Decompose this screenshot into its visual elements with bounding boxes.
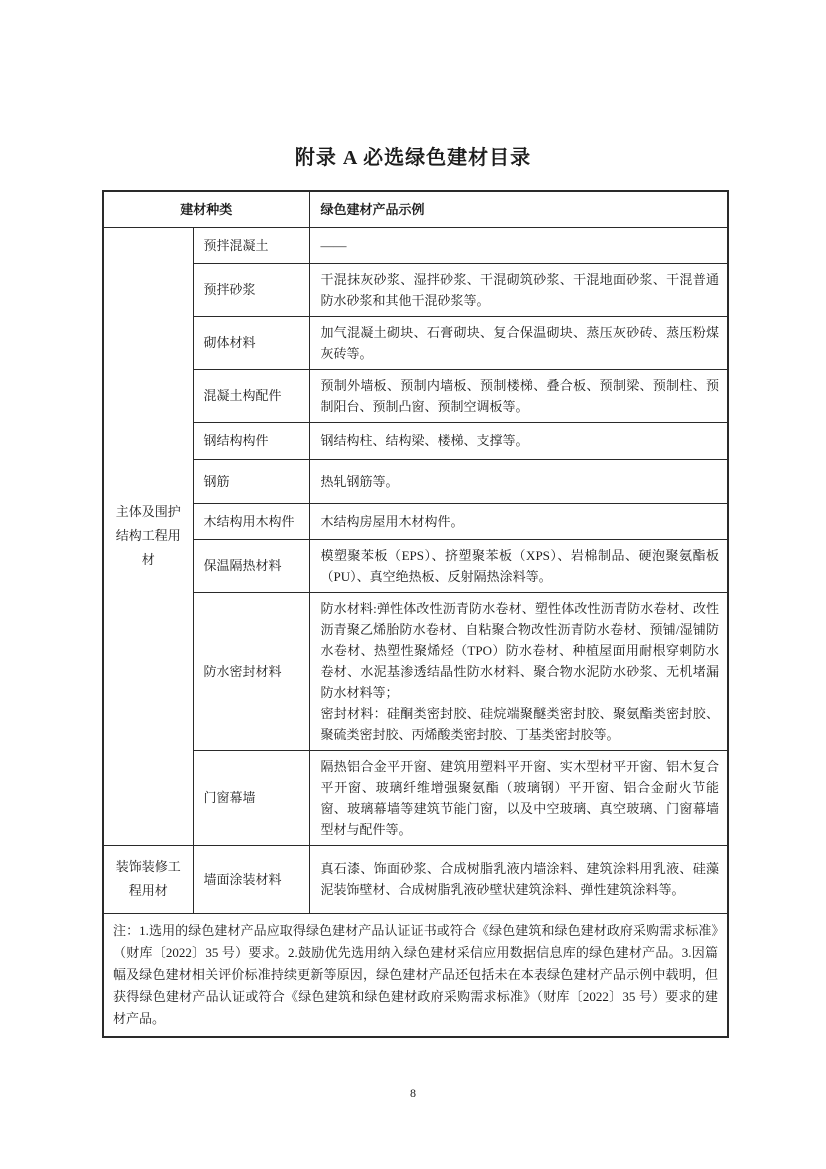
green-materials-table: 建材种类 绿色建材产品示例 主体及围护结构工程用材 预拌混凝土 —— 预拌砂浆 …: [102, 190, 729, 1038]
header-category: 建材种类: [103, 191, 309, 227]
table-row: 装饰装修工程用材 墙面涂装材料 真石漆、饰面砂浆、合成树脂乳液内墙涂料、建筑涂料…: [103, 845, 728, 913]
category-cell: 混凝土构配件: [193, 369, 309, 422]
category-cell: 墙面涂装材料: [193, 845, 309, 913]
table-note: 注：1.选用的绿色建材产品应取得绿色建材产品认证证书或符合《绿色建筑和绿色建材政…: [103, 913, 728, 1037]
category-cell: 钢筋: [193, 459, 309, 503]
table-row: 木结构用木构件 木结构房屋用木材构件。: [103, 503, 728, 539]
table-row: 门窗幕墙 隔热铝合金平开窗、建筑用塑料平开窗、实木型材平开窗、铝木复合平开窗、玻…: [103, 750, 728, 845]
group-label-decoration: 装饰装修工程用材: [103, 845, 193, 913]
examples-cell: 真石漆、饰面砂浆、合成树脂乳液内墙涂料、建筑涂料用乳液、硅藻泥装饰壁材、合成树脂…: [309, 845, 728, 913]
table-header-row: 建材种类 绿色建材产品示例: [103, 191, 728, 227]
examples-cell: 钢结构柱、结构梁、楼梯、支撑等。: [309, 422, 728, 459]
examples-cell: 木结构房屋用木材构件。: [309, 503, 728, 539]
category-cell: 钢结构构件: [193, 422, 309, 459]
document-page: 附录 A 必选绿色建材目录 建材种类 绿色建材产品示例 主体及围护结构工程用材 …: [0, 0, 826, 1169]
examples-cell: 隔热铝合金平开窗、建筑用塑料平开窗、实木型材平开窗、铝木复合平开窗、玻璃纤维增强…: [309, 750, 728, 845]
page-number: 8: [0, 1086, 826, 1101]
examples-cell: 加气混凝土砌块、石膏砌块、复合保温砌块、蒸压灰砂砖、蒸压粉煤灰砖等。: [309, 316, 728, 369]
examples-cell: 模塑聚苯板（EPS）、挤塑聚苯板（XPS）、岩棉制品、硬泡聚氨酯板（PU）、真空…: [309, 539, 728, 592]
page-title: 附录 A 必选绿色建材目录: [0, 141, 826, 170]
examples-cell: 预制外墙板、预制内墙板、预制楼梯、叠合板、预制梁、预制柱、预制阳台、预制凸窗、预…: [309, 369, 728, 422]
category-cell: 砌体材料: [193, 316, 309, 369]
table-row: 预拌砂浆 干混抹灰砂浆、湿拌砂浆、干混砌筑砂浆、干混地面砂浆、干混普通防水砂浆和…: [103, 263, 728, 316]
table-row: 混凝土构配件 预制外墙板、预制内墙板、预制楼梯、叠合板、预制梁、预制柱、预制阳台…: [103, 369, 728, 422]
category-cell: 门窗幕墙: [193, 750, 309, 845]
table-row: 钢结构构件 钢结构柱、结构梁、楼梯、支撑等。: [103, 422, 728, 459]
table-row: 主体及围护结构工程用材 预拌混凝土 ——: [103, 227, 728, 263]
group-label-structural: 主体及围护结构工程用材: [103, 227, 193, 845]
category-cell: 防水密封材料: [193, 592, 309, 750]
table-row: 砌体材料 加气混凝土砌块、石膏砌块、复合保温砌块、蒸压灰砂砖、蒸压粉煤灰砖等。: [103, 316, 728, 369]
table-row: 保温隔热材料 模塑聚苯板（EPS）、挤塑聚苯板（XPS）、岩棉制品、硬泡聚氨酯板…: [103, 539, 728, 592]
category-cell: 木结构用木构件: [193, 503, 309, 539]
category-cell: 预拌混凝土: [193, 227, 309, 263]
table-row: 防水密封材料 防水材料:弹性体改性沥青防水卷材、塑性体改性沥青防水卷材、改性沥青…: [103, 592, 728, 750]
examples-cell: 干混抹灰砂浆、湿拌砂浆、干混砌筑砂浆、干混地面砂浆、干混普通防水砂浆和其他干混砂…: [309, 263, 728, 316]
examples-cell: 热轧钢筋等。: [309, 459, 728, 503]
table-note-row: 注：1.选用的绿色建材产品应取得绿色建材产品认证证书或符合《绿色建筑和绿色建材政…: [103, 913, 728, 1037]
category-cell: 预拌砂浆: [193, 263, 309, 316]
category-cell: 保温隔热材料: [193, 539, 309, 592]
examples-cell: 防水材料:弹性体改性沥青防水卷材、塑性体改性沥青防水卷材、改性沥青聚乙烯胎防水卷…: [309, 592, 728, 750]
table-row: 钢筋 热轧钢筋等。: [103, 459, 728, 503]
examples-cell: ——: [309, 227, 728, 263]
header-examples: 绿色建材产品示例: [309, 191, 728, 227]
